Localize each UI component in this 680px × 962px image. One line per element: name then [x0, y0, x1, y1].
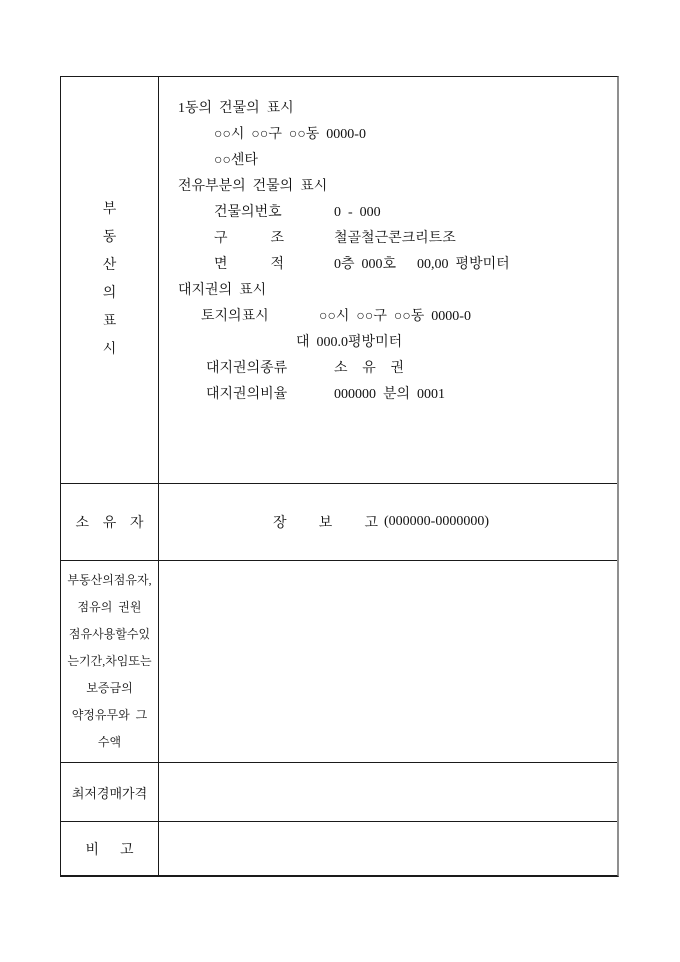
area-label: 면적 — [214, 252, 284, 278]
owner-reg-number: (000000-0000000) — [384, 514, 489, 530]
occupant-label-line: 약정유무와 그 — [67, 702, 151, 729]
land-right-type-label: 대지권의종류 — [206, 356, 334, 382]
land-right-type-value: 소유권 — [334, 356, 404, 382]
occupant-label: 부동산의점유자, 점유의 권원 점유사용할수있 는기간,차임또는 보증금의 약정… — [67, 567, 151, 756]
area-label-box: 면적 — [214, 252, 334, 278]
occupant-label-line: 점유의 권원 — [67, 594, 151, 621]
exclusive-part-section-title: 전유부분의 건물의 표시 — [159, 174, 617, 200]
occupant-label-line: 수액 — [67, 729, 151, 756]
min-price-label: 최저경매가격 — [61, 763, 159, 821]
structure-value: 철골철근콘크리트조 — [334, 231, 456, 246]
land-display-label: 토지의표시 — [201, 304, 319, 330]
property-description-header: 부 동 산 의 표 시 — [61, 77, 159, 483]
owner-name: 장보고 — [273, 512, 378, 532]
land-right-section-title: 대지권의 표시 — [159, 278, 617, 304]
vertical-label-char: 시 — [103, 336, 117, 364]
vertical-label-char: 부 — [103, 196, 117, 224]
line-land-right-type: 대지권의종류소유권 — [159, 356, 617, 382]
building-address-line: ○○시 ○○구 ○○동 0000-0 — [159, 122, 617, 148]
row-occupant: 부동산의점유자, 점유의 권원 점유사용할수있 는기간,차임또는 보증금의 약정… — [61, 560, 617, 762]
line-area: 면적0층 000호 00,00 평방미터 — [159, 252, 617, 278]
remarks-header: 비고 — [61, 822, 159, 875]
building-name-line: ○○센타 — [159, 148, 617, 174]
owner-content: 장보고 (000000-0000000) — [159, 484, 617, 560]
land-right-ratio-label: 대지권의비율 — [206, 382, 334, 408]
area-value: 0층 000호 00,00 평방미터 — [334, 257, 510, 272]
owner-header: 소유자 — [61, 484, 159, 560]
occupant-label-line: 보증금의 — [67, 675, 151, 702]
vertical-label-char: 동 — [103, 224, 117, 252]
structure-label-box: 구조 — [214, 226, 334, 252]
row-min-auction-price: 최저경매가격 — [61, 762, 617, 821]
vertical-label-char: 표 — [103, 308, 117, 336]
building-number-value: 0 - 000 — [334, 205, 381, 220]
line-land-area: 대 000.0평방미터 — [159, 330, 617, 356]
occupant-header: 부동산의점유자, 점유의 권원 점유사용할수있 는기간,차임또는 보증금의 약정… — [61, 561, 159, 762]
vertical-label-char: 의 — [103, 280, 117, 308]
land-display-value: ○○시 ○○구 ○○동 0000-0 — [319, 309, 471, 324]
property-vertical-label: 부 동 산 의 표 시 — [103, 196, 117, 364]
building-number-label: 건물의번호 — [214, 200, 334, 226]
line-land-right-ratio: 대지권의비율000000 분의 0001 — [159, 382, 617, 408]
vertical-label-char: 산 — [103, 252, 117, 280]
remarks-content — [159, 822, 617, 875]
land-right-ratio-value: 000000 분의 0001 — [334, 387, 445, 402]
row-owner: 소유자 장보고 (000000-0000000) — [61, 483, 617, 560]
line-land-display: 토지의표시○○시 ○○구 ○○동 0000-0 — [159, 304, 617, 330]
occupant-content — [159, 561, 617, 762]
property-description-content: 1동의 건물의 표시 ○○시 ○○구 ○○동 0000-0 ○○센타 전유부분의… — [159, 77, 617, 483]
row-remarks: 비고 — [61, 821, 617, 875]
row-property-description: 부 동 산 의 표 시 1동의 건물의 표시 ○○시 ○○구 ○○동 0000-… — [61, 77, 617, 483]
occupant-label-line: 부동산의점유자, — [67, 567, 151, 594]
structure-label: 구조 — [214, 226, 284, 252]
occupant-label-line: 점유사용할수있 — [67, 621, 151, 648]
building-section-title: 1동의 건물의 표시 — [159, 96, 617, 122]
line-structure: 구조철골철근콘크리트조 — [159, 226, 617, 252]
occupant-label-line: 는기간,차임또는 — [67, 648, 151, 675]
min-price-content — [159, 763, 617, 821]
owner-label: 소유자 — [76, 512, 144, 532]
remarks-label: 비고 — [86, 839, 134, 859]
document-page: 부 동 산 의 표 시 1동의 건물의 표시 ○○시 ○○구 ○○동 0000-… — [0, 0, 680, 962]
line-building-number: 건물의번호0 - 000 — [159, 200, 617, 226]
auction-property-table: 부 동 산 의 표 시 1동의 건물의 표시 ○○시 ○○구 ○○동 0000-… — [60, 76, 619, 877]
